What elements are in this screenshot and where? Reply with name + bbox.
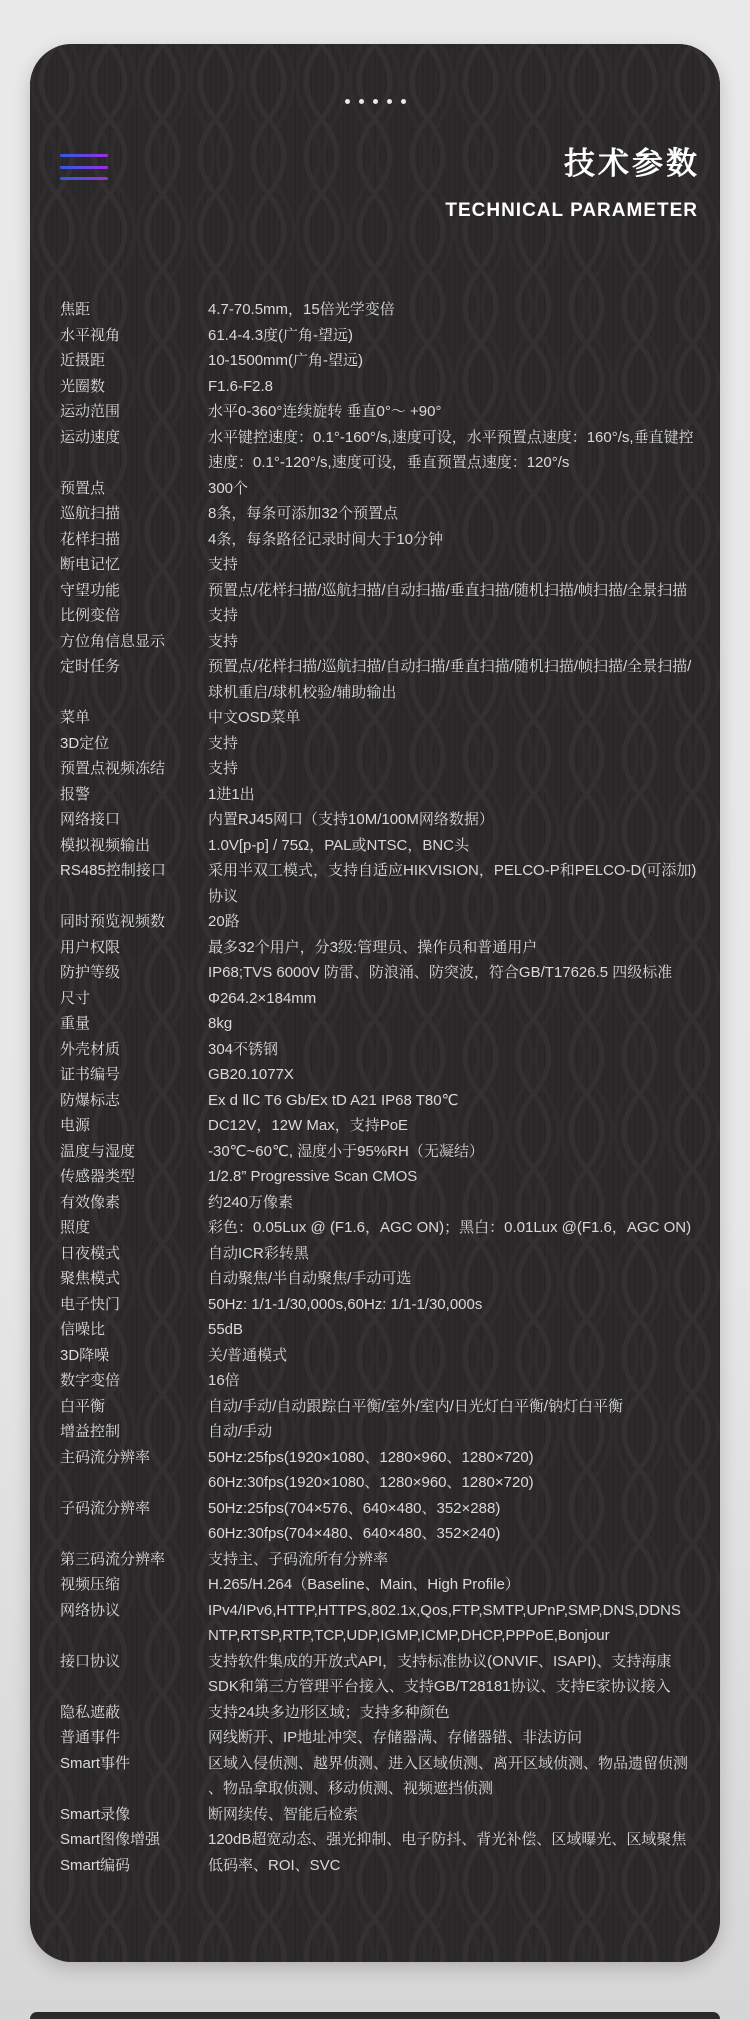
dot [345, 99, 350, 104]
spec-value: 55dB [208, 1317, 697, 1343]
spec-label: 焦距 [60, 297, 208, 323]
page-subtitle: TECHNICAL PARAMETER [445, 200, 698, 222]
spec-label: 菜单 [60, 705, 208, 731]
spec-row: 照度 彩色：0.05Lux @ (F1.6，AGC ON)；黑白：0.01Lux… [60, 1215, 697, 1241]
spec-value: F1.6-F2.8 [208, 374, 697, 400]
spec-row: 有效像素 约240万像素 [60, 1190, 697, 1216]
spec-label: 信噪比 [60, 1317, 208, 1343]
spec-row: 光圈数 F1.6-F2.8 [60, 374, 697, 400]
spec-row: 菜单 中文OSD菜单 [60, 705, 697, 731]
spec-row: 电子快门 50Hz: 1/1-1/30,000s,60Hz: 1/1-1/30,… [60, 1292, 697, 1318]
spec-label: 第三码流分辨率 [60, 1547, 208, 1573]
dot [387, 99, 392, 104]
menu-bar [60, 154, 108, 157]
spec-value: DC12V，12W Max，支持PoE [208, 1113, 697, 1139]
spec-value: 网线断开、IP地址冲突、存储器满、存储器错、非法访问 [208, 1725, 697, 1751]
dot [401, 99, 406, 104]
spec-label: 运动速度 [60, 425, 208, 451]
spec-row: 定时任务 预置点/花样扫描/巡航扫描/自动扫描/垂直扫描/随机扫描/帧扫描/全景… [60, 654, 697, 705]
spec-row: 运动范围 水平0-360°连续旋转 垂直0°～ +90° [60, 399, 697, 425]
spec-row: 运动速度 水平键控速度：0.1°-160°/s,速度可设，水平预置点速度：160… [60, 425, 697, 476]
spec-row: 断电记忆 支持 [60, 552, 697, 578]
spec-row: 温度与湿度 -30℃~60℃, 湿度小于95%RH（无凝结） [60, 1139, 697, 1165]
spec-row: 数字变倍 16倍 [60, 1368, 697, 1394]
page-title: 技术参数 [445, 144, 700, 184]
spec-label: 外壳材质 [60, 1037, 208, 1063]
spec-label: 报警 [60, 782, 208, 808]
spec-label: 断电记忆 [60, 552, 208, 578]
spec-label: 温度与湿度 [60, 1139, 208, 1165]
spec-value: 水平0-360°连续旋转 垂直0°～ +90° [208, 399, 697, 425]
spec-value: 自动聚焦/半自动聚焦/手动可选 [208, 1266, 697, 1292]
spec-row: 焦距 4.7-70.5mm，15倍光学变倍 [60, 297, 697, 323]
spec-value: 水平键控速度：0.1°-160°/s,速度可设，水平预置点速度：160°/s,垂… [208, 425, 697, 476]
dot [373, 99, 378, 104]
spec-row: 网络协议 IPv4/IPv6,HTTP,HTTPS,802.1x,Qos,FTP… [60, 1598, 697, 1649]
spec-label: 重量 [60, 1011, 208, 1037]
spec-label: 同时预览视频数 [60, 909, 208, 935]
spec-value: 10-1500mm(广角-望远) [208, 348, 697, 374]
spec-value: 自动/手动/自动跟踪白平衡/室外/室内/日光灯白平衡/钠灯白平衡 [208, 1394, 697, 1420]
spec-value: 低码率、ROI、SVC [208, 1853, 697, 1879]
spec-row: 普通事件 网线断开、IP地址冲突、存储器满、存储器错、非法访问 [60, 1725, 697, 1751]
spec-row: 守望功能 预置点/花样扫描/巡航扫描/自动扫描/垂直扫描/随机扫描/帧扫描/全景… [60, 578, 697, 604]
spec-value: 50Hz: 1/1-1/30,000s,60Hz: 1/1-1/30,000s [208, 1292, 697, 1318]
spec-value: 16倍 [208, 1368, 697, 1394]
spec-value: 中文OSD菜单 [208, 705, 697, 731]
spec-row: 预置点视频冻结 支持 [60, 756, 697, 782]
spec-label: 防爆标志 [60, 1088, 208, 1114]
spec-label: 巡航扫描 [60, 501, 208, 527]
spec-row: 子码流分辨率 50Hz:25fps(704×576、640×480、352×28… [60, 1496, 697, 1547]
spec-value: GB20.1077X [208, 1062, 697, 1088]
spec-row: 3D降噪 关/普通模式 [60, 1343, 697, 1369]
spec-label: 守望功能 [60, 578, 208, 604]
spec-label: 证书编号 [60, 1062, 208, 1088]
spec-row: Smart编码 低码率、ROI、SVC [60, 1853, 697, 1879]
spec-label: 子码流分辨率 [60, 1496, 208, 1522]
spec-row: 主码流分辨率 50Hz:25fps(1920×1080、1280×960、128… [60, 1445, 697, 1496]
spec-value: 61.4-4.3度(广角-望远) [208, 323, 697, 349]
spec-label: 隐私遮蔽 [60, 1700, 208, 1726]
spec-row: 聚焦模式 自动聚焦/半自动聚焦/手动可选 [60, 1266, 697, 1292]
spec-value: 支持 [208, 603, 697, 629]
spec-value: 预置点/花样扫描/巡航扫描/自动扫描/垂直扫描/随机扫描/帧扫描/全景扫描 [208, 578, 697, 604]
spec-label: 模拟视频输出 [60, 833, 208, 859]
spec-label: 数字变倍 [60, 1368, 208, 1394]
spec-row: 同时预览视频数 20路 [60, 909, 697, 935]
spec-label: 有效像素 [60, 1190, 208, 1216]
spec-value: 自动/手动 [208, 1419, 697, 1445]
section-header: 技术参数 TECHNICAL PARAMETER [445, 144, 697, 222]
spec-row: 3D定位 支持 [60, 731, 697, 757]
spec-row: RS485控制接口 采用半双工模式，支持自适应HIKVISION，PELCO-P… [60, 858, 697, 909]
spec-label: Smart编码 [60, 1853, 208, 1879]
spec-label: 运动范围 [60, 399, 208, 425]
spec-row: 白平衡 自动/手动/自动跟踪白平衡/室外/室内/日光灯白平衡/钠灯白平衡 [60, 1394, 697, 1420]
spec-row: 视频压缩 H.265/H.264（Baseline、Main、High Prof… [60, 1572, 697, 1598]
spec-label: 防护等级 [60, 960, 208, 986]
spec-table: 焦距 4.7-70.5mm，15倍光学变倍 水平视角 61.4-4.3度(广角-… [60, 297, 697, 1878]
spec-value: 预置点/花样扫描/巡航扫描/自动扫描/垂直扫描/随机扫描/帧扫描/全景扫描/球机… [208, 654, 697, 705]
spec-value: IP68;TVS 6000V 防雷、防浪涌、防突波，符合GB/T17626.5 … [208, 960, 697, 986]
spec-value: 支持 [208, 629, 697, 655]
spec-value: 304不锈钢 [208, 1037, 697, 1063]
spec-row: Smart录像 断网续传、智能后检索 [60, 1802, 697, 1828]
spec-label: 视频压缩 [60, 1572, 208, 1598]
spec-row: 网络接口 内置RJ45网口（支持10M/100M网络数据） [60, 807, 697, 833]
spec-label: 普通事件 [60, 1725, 208, 1751]
spec-row: 隐私遮蔽 支持24块多边形区域；支持多种颜色 [60, 1700, 697, 1726]
spec-label: 接口协议 [60, 1649, 208, 1675]
spec-value: 关/普通模式 [208, 1343, 697, 1369]
spec-row: 预置点 300个 [60, 476, 697, 502]
spec-row: 防爆标志 Ex d ⅡC T6 Gb/Ex tD A21 IP68 T80℃ [60, 1088, 697, 1114]
spec-row: 方位角信息显示 支持 [60, 629, 697, 655]
spec-value: 自动ICR彩转黑 [208, 1241, 697, 1267]
spec-label: Smart图像增强 [60, 1827, 208, 1853]
spec-value: 300个 [208, 476, 697, 502]
spec-label: 网络协议 [60, 1598, 208, 1624]
spec-row: 花样扫描 4条，每条路径记录时间大于10分钟 [60, 527, 697, 553]
spec-row: Smart事件 区域入侵侦测、越界侦测、进入区域侦测、离开区域侦测、物品遗留侦测… [60, 1751, 697, 1802]
spec-label: 网络接口 [60, 807, 208, 833]
spec-label: 日夜模式 [60, 1241, 208, 1267]
spec-label: 光圈数 [60, 374, 208, 400]
menu-bar [60, 177, 108, 180]
spec-label: 聚焦模式 [60, 1266, 208, 1292]
spec-value: 彩色：0.05Lux @ (F1.6，AGC ON)；黑白：0.01Lux @(… [208, 1215, 697, 1241]
spec-label: 电源 [60, 1113, 208, 1139]
spec-label: 白平衡 [60, 1394, 208, 1420]
spec-row: 防护等级 IP68;TVS 6000V 防雷、防浪涌、防突波，符合GB/T176… [60, 960, 697, 986]
spec-label: 电子快门 [60, 1292, 208, 1318]
spec-label: 花样扫描 [60, 527, 208, 553]
spec-value: H.265/H.264（Baseline、Main、High Profile） [208, 1572, 697, 1598]
spec-label: 水平视角 [60, 323, 208, 349]
spec-value: -30℃~60℃, 湿度小于95%RH（无凝结） [208, 1139, 697, 1165]
spec-label: Smart事件 [60, 1751, 208, 1777]
spec-value: 支持 [208, 756, 697, 782]
spec-value: 最多32个用户，分3级:管理员、操作员和普通用户 [208, 935, 697, 961]
spec-value: 内置RJ45网口（支持10M/100M网络数据） [208, 807, 697, 833]
spec-label: 3D定位 [60, 731, 208, 757]
spec-value: 支持24块多边形区域；支持多种颜色 [208, 1700, 697, 1726]
spec-row: 增益控制 自动/手动 [60, 1419, 697, 1445]
spec-label: 近摄距 [60, 348, 208, 374]
spec-row: 用户权限 最多32个用户，分3级:管理员、操作员和普通用户 [60, 935, 697, 961]
spec-value: 支持主、子码流所有分辨率 [208, 1547, 697, 1573]
spec-row: 电源 DC12V，12W Max，支持PoE [60, 1113, 697, 1139]
spec-value: 断网续传、智能后检索 [208, 1802, 697, 1828]
spec-label: 3D降噪 [60, 1343, 208, 1369]
spec-row: 接口协议 支持软件集成的开放式API，支持标准协议(ONVIF、ISAPI)、支… [60, 1649, 697, 1700]
spec-row: 重量 8kg [60, 1011, 697, 1037]
spec-label: 增益控制 [60, 1419, 208, 1445]
spec-row: 模拟视频输出 1.0V[p-p] / 75Ω，PAL或NTSC，BNC头 [60, 833, 697, 859]
spec-card: 技术参数 TECHNICAL PARAMETER 焦距 4.7-70.5mm，1… [30, 44, 720, 1962]
spec-value: 支持 [208, 731, 697, 757]
spec-row: 比例变倍 支持 [60, 603, 697, 629]
spec-row: 近摄距 10-1500mm(广角-望远) [60, 348, 697, 374]
spec-value: 50Hz:25fps(1920×1080、1280×960、1280×720) … [208, 1445, 697, 1496]
spec-row: 报警 1进1出 [60, 782, 697, 808]
spec-value: 支持软件集成的开放式API，支持标准协议(ONVIF、ISAPI)、支持海康SD… [208, 1649, 697, 1700]
spec-value: Φ264.2×184mm [208, 986, 697, 1012]
spec-label: 主码流分辨率 [60, 1445, 208, 1471]
spec-label: Smart录像 [60, 1802, 208, 1828]
menu-bar [60, 166, 108, 169]
spec-value: 约240万像素 [208, 1190, 697, 1216]
spec-value: 8条，每条可添加32个预置点 [208, 501, 697, 527]
spec-value: 区域入侵侦测、越界侦测、进入区域侦测、离开区域侦测、物品遗留侦测 、物品拿取侦测… [208, 1751, 697, 1802]
spec-row: 外壳材质 304不锈钢 [60, 1037, 697, 1063]
spec-label: 比例变倍 [60, 603, 208, 629]
spec-label: 传感器类型 [60, 1164, 208, 1190]
spec-value: 4条，每条路径记录时间大于10分钟 [208, 527, 697, 553]
spec-value: 1进1出 [208, 782, 697, 808]
spec-value: 20路 [208, 909, 697, 935]
spec-row: 信噪比 55dB [60, 1317, 697, 1343]
spec-label: 方位角信息显示 [60, 629, 208, 655]
next-card-peek [30, 2012, 720, 2019]
spec-value: 1/2.8” Progressive Scan CMOS [208, 1164, 697, 1190]
spec-value: 1.0V[p-p] / 75Ω，PAL或NTSC，BNC头 [208, 833, 697, 859]
spec-row: 水平视角 61.4-4.3度(广角-望远) [60, 323, 697, 349]
dot [359, 99, 364, 104]
spec-row: 传感器类型 1/2.8” Progressive Scan CMOS [60, 1164, 697, 1190]
spec-label: 预置点 [60, 476, 208, 502]
spec-row: 证书编号 GB20.1077X [60, 1062, 697, 1088]
spec-row: 日夜模式 自动ICR彩转黑 [60, 1241, 697, 1267]
spec-value: 4.7-70.5mm，15倍光学变倍 [208, 297, 697, 323]
spec-value: Ex d ⅡC T6 Gb/Ex tD A21 IP68 T80℃ [208, 1088, 697, 1114]
spec-label: RS485控制接口 [60, 858, 208, 884]
spec-label: 照度 [60, 1215, 208, 1241]
dots-ornament [30, 99, 720, 104]
spec-row: 尺寸 Φ264.2×184mm [60, 986, 697, 1012]
spec-value: 采用半双工模式，支持自适应HIKVISION，PELCO-P和PELCO-D(可… [208, 858, 697, 909]
spec-label: 尺寸 [60, 986, 208, 1012]
spec-label: 预置点视频冻结 [60, 756, 208, 782]
hamburger-menu-icon[interactable] [60, 154, 108, 180]
spec-label: 用户权限 [60, 935, 208, 961]
spec-value: 8kg [208, 1011, 697, 1037]
spec-row: Smart图像增强 120dB超宽动态、强光抑制、电子防抖、背光补偿、区域曝光、… [60, 1827, 697, 1853]
spec-value: 120dB超宽动态、强光抑制、电子防抖、背光补偿、区域曝光、区域聚焦 [208, 1827, 697, 1853]
spec-value: IPv4/IPv6,HTTP,HTTPS,802.1x,Qos,FTP,SMTP… [208, 1598, 697, 1649]
spec-value: 50Hz:25fps(704×576、640×480、352×288) 60Hz… [208, 1496, 697, 1547]
spec-row: 巡航扫描 8条，每条可添加32个预置点 [60, 501, 697, 527]
spec-row: 第三码流分辨率 支持主、子码流所有分辨率 [60, 1547, 697, 1573]
spec-value: 支持 [208, 552, 697, 578]
spec-label: 定时任务 [60, 654, 208, 680]
